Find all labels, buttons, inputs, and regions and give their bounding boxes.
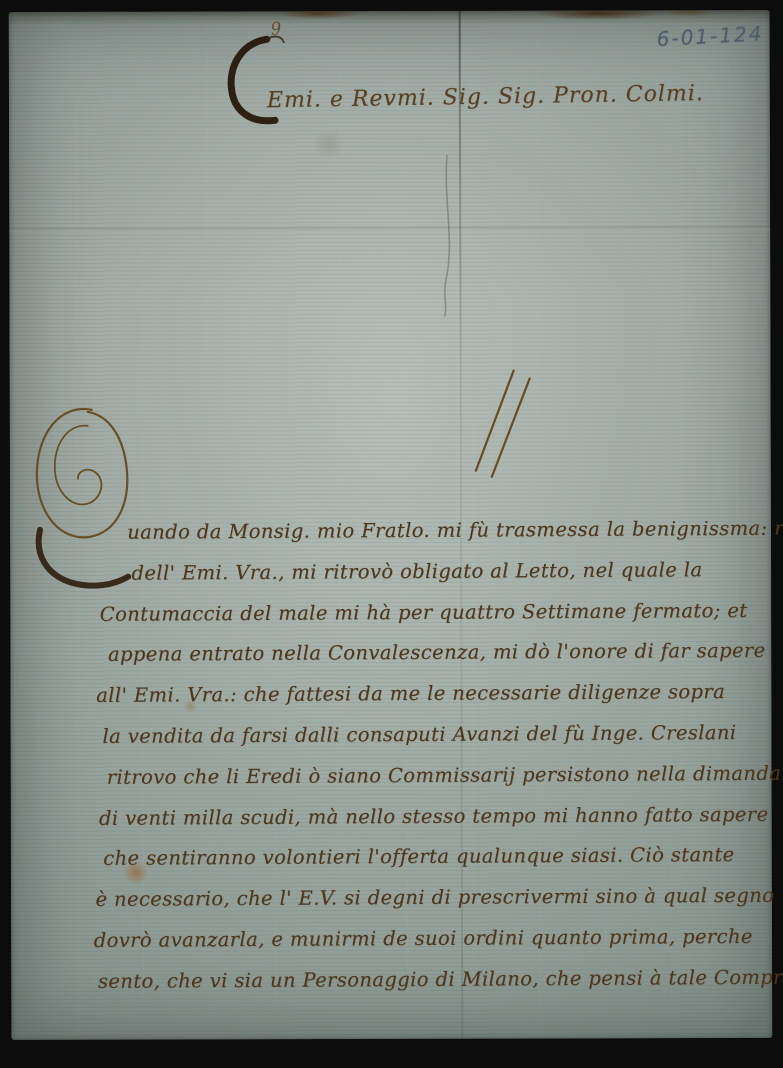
letter-line: uando da Monsig. mio Fratlo. mi fù trasm… [127, 509, 763, 554]
paper-discoloration [309, 131, 349, 157]
manuscript-page: 9 6-01-124 Emi. e Revmi. Sig. Sig. Pron.… [9, 10, 773, 1040]
scan-background: 9 6-01-124 Emi. e Revmi. Sig. Sig. Pron.… [0, 0, 783, 1068]
letter-line: sento, che vi sia un Personaggio di Mila… [98, 958, 766, 1003]
letter-line: ritrovo che li Eredi ò siano Commissarij… [107, 754, 765, 799]
diagonal-pen-marks-icon [462, 359, 542, 484]
ink-stain [182, 700, 198, 714]
letter-line: di venti milla scudi, mà nello stesso te… [99, 794, 765, 839]
letter-line: la vendita da farsi dalli consaputi Avan… [102, 713, 764, 758]
letter-line: è necessario, che l' E.V. si degni di pr… [95, 876, 765, 921]
letter-body: uando da Monsig. mio Fratlo. mi fù trasm… [85, 509, 766, 1003]
ink-stain [123, 862, 149, 884]
header-flourish-icon [221, 31, 291, 131]
paper-edge-stains [9, 10, 770, 28]
horizontal-fold-crease [9, 226, 770, 232]
center-wrinkle [419, 151, 469, 321]
salutation-line: Emi. e Revmi. Sig. Sig. Pron. Colmi. [267, 81, 687, 113]
letter-line: appena entrato nella Convalescenza, mi d… [108, 631, 764, 676]
archival-number: 6-01-124 [656, 21, 764, 51]
letter-line: dovrò avanzarla, e munirmi de suoi ordin… [94, 917, 766, 962]
letter-line: Contumaccia del male mi hà per quattro S… [100, 590, 764, 635]
letter-line: che sentiranno volontieri l'offerta qual… [103, 835, 765, 880]
letter-line: dell' Emi. Vra., mi ritrovò obligato al … [131, 550, 763, 595]
